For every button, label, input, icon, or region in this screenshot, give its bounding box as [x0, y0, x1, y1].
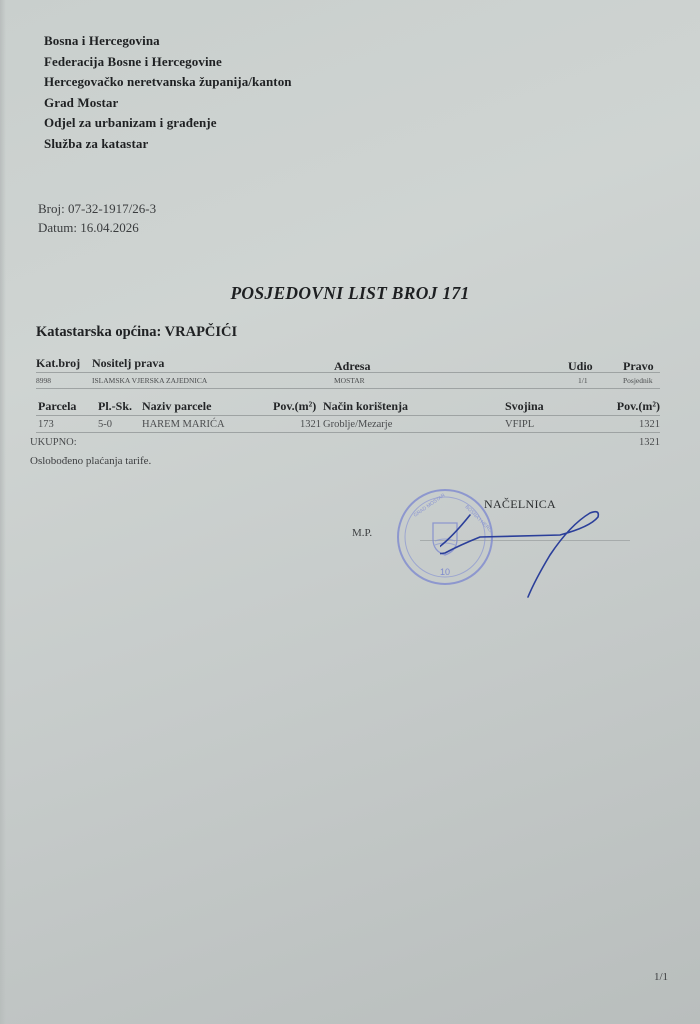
header-rule	[36, 372, 660, 373]
header-rule	[36, 415, 660, 416]
cell-povrsina: 1321	[300, 419, 321, 430]
svg-text:GRAD MOSTAR: GRAD MOSTAR	[413, 492, 447, 518]
seal-placeholder-label: M.P.	[352, 527, 372, 539]
cadastral-municipality: Katastarska općina: VRAPČIĆI	[36, 324, 237, 341]
svg-text:10: 10	[440, 567, 450, 577]
col-svojina: Svojina	[505, 399, 544, 414]
reference-date-label: Datum:	[38, 220, 77, 235]
reference-number-line: Broj: 07-32-1917/26-3	[38, 199, 156, 218]
municipality-label: Katastarska općina:	[36, 324, 161, 340]
row-rule	[36, 388, 660, 389]
header-line-department: Odjel za urbanizam i građenje	[44, 113, 292, 134]
cell-nositelj: ISLAMSKA VJERSKA ZAJEDNICA	[92, 376, 207, 385]
reference-date: 16.04.2026	[80, 220, 139, 235]
reference-number: 07-32-1917/26-3	[68, 201, 156, 216]
total-row: UKUPNO: 1321	[36, 435, 660, 453]
total-label: UKUPNO:	[30, 437, 77, 448]
col-nositelj-prava: Nositelj prava	[92, 356, 164, 371]
issuing-authority-header: Bosna i Hercegovina Federacija Bosne i H…	[44, 31, 292, 154]
cell-povrsina-total: 1321	[639, 419, 660, 430]
page-edge-shadow	[0, 0, 6, 1024]
header-line-service: Služba za katastar	[44, 134, 292, 155]
cell-svojina: VFIPL	[505, 419, 534, 430]
col-pl-sk: Pl.-Sk.	[98, 399, 132, 414]
header-line-federation: Federacija Bosne i Hercegovine	[44, 52, 292, 73]
signatory-title: NAČELNICA	[484, 497, 556, 512]
col-naziv-parcele: Naziv parcele	[142, 399, 211, 414]
signature-line	[420, 540, 630, 541]
row-rule	[36, 432, 660, 433]
cell-pravo: Posjednik	[623, 376, 653, 385]
reference-number-label: Broj:	[38, 201, 65, 216]
cell-parcela: 173	[38, 419, 54, 430]
col-parcela: Parcela	[38, 399, 76, 414]
fee-exemption-note: Oslobođeno plaćanja tarife.	[30, 455, 151, 467]
parcels-table: Parcela Pl.-Sk. Naziv parcele Pov.(m²) N…	[36, 399, 660, 453]
col-povrsina-total: Pov.(m²)	[617, 399, 660, 414]
handwritten-signature-icon	[440, 505, 610, 600]
official-stamp-icon: 10 GRAD MOSTAR BOSNA I HERC.	[395, 487, 495, 587]
header-line-city: Grad Mostar	[44, 93, 292, 114]
total-value: 1321	[639, 437, 660, 448]
document-title: POSJEDOVNI LIST BROJ 171	[0, 283, 700, 304]
cell-kat-broj: 8998	[36, 376, 51, 385]
document-reference: Broj: 07-32-1917/26-3 Datum: 16.04.2026	[38, 199, 156, 237]
municipality-value: VRAPČIĆI	[165, 324, 238, 340]
header-line-canton: Hercegovačko neretvanska županija/kanton	[44, 72, 292, 93]
cell-adresa: MOSTAR	[334, 376, 365, 385]
cell-nacin: Groblje/Mezarje	[323, 419, 392, 430]
cell-udio: 1/1	[578, 376, 588, 385]
cell-naziv: HAREM MARIĆA	[142, 419, 225, 430]
col-nacin-koristenja: Način korištenja	[323, 399, 408, 414]
page-number: 1/1	[654, 971, 668, 983]
header-line-country: Bosna i Hercegovina	[44, 31, 292, 52]
svg-text:BOSNA I HERC.: BOSNA I HERC.	[464, 504, 494, 534]
cell-pl-sk: 5-0	[98, 419, 112, 430]
col-kat-broj: Kat.broj	[36, 356, 80, 371]
table-row: 8998 ISLAMSKA VJERSKA ZAJEDNICA MOSTAR 1…	[36, 374, 660, 392]
col-povrsina: Pov.(m²)	[273, 399, 316, 414]
owners-table: Kat.broj Nositelj prava Adresa Udio Prav…	[36, 356, 660, 392]
reference-date-line: Datum: 16.04.2026	[38, 218, 156, 237]
